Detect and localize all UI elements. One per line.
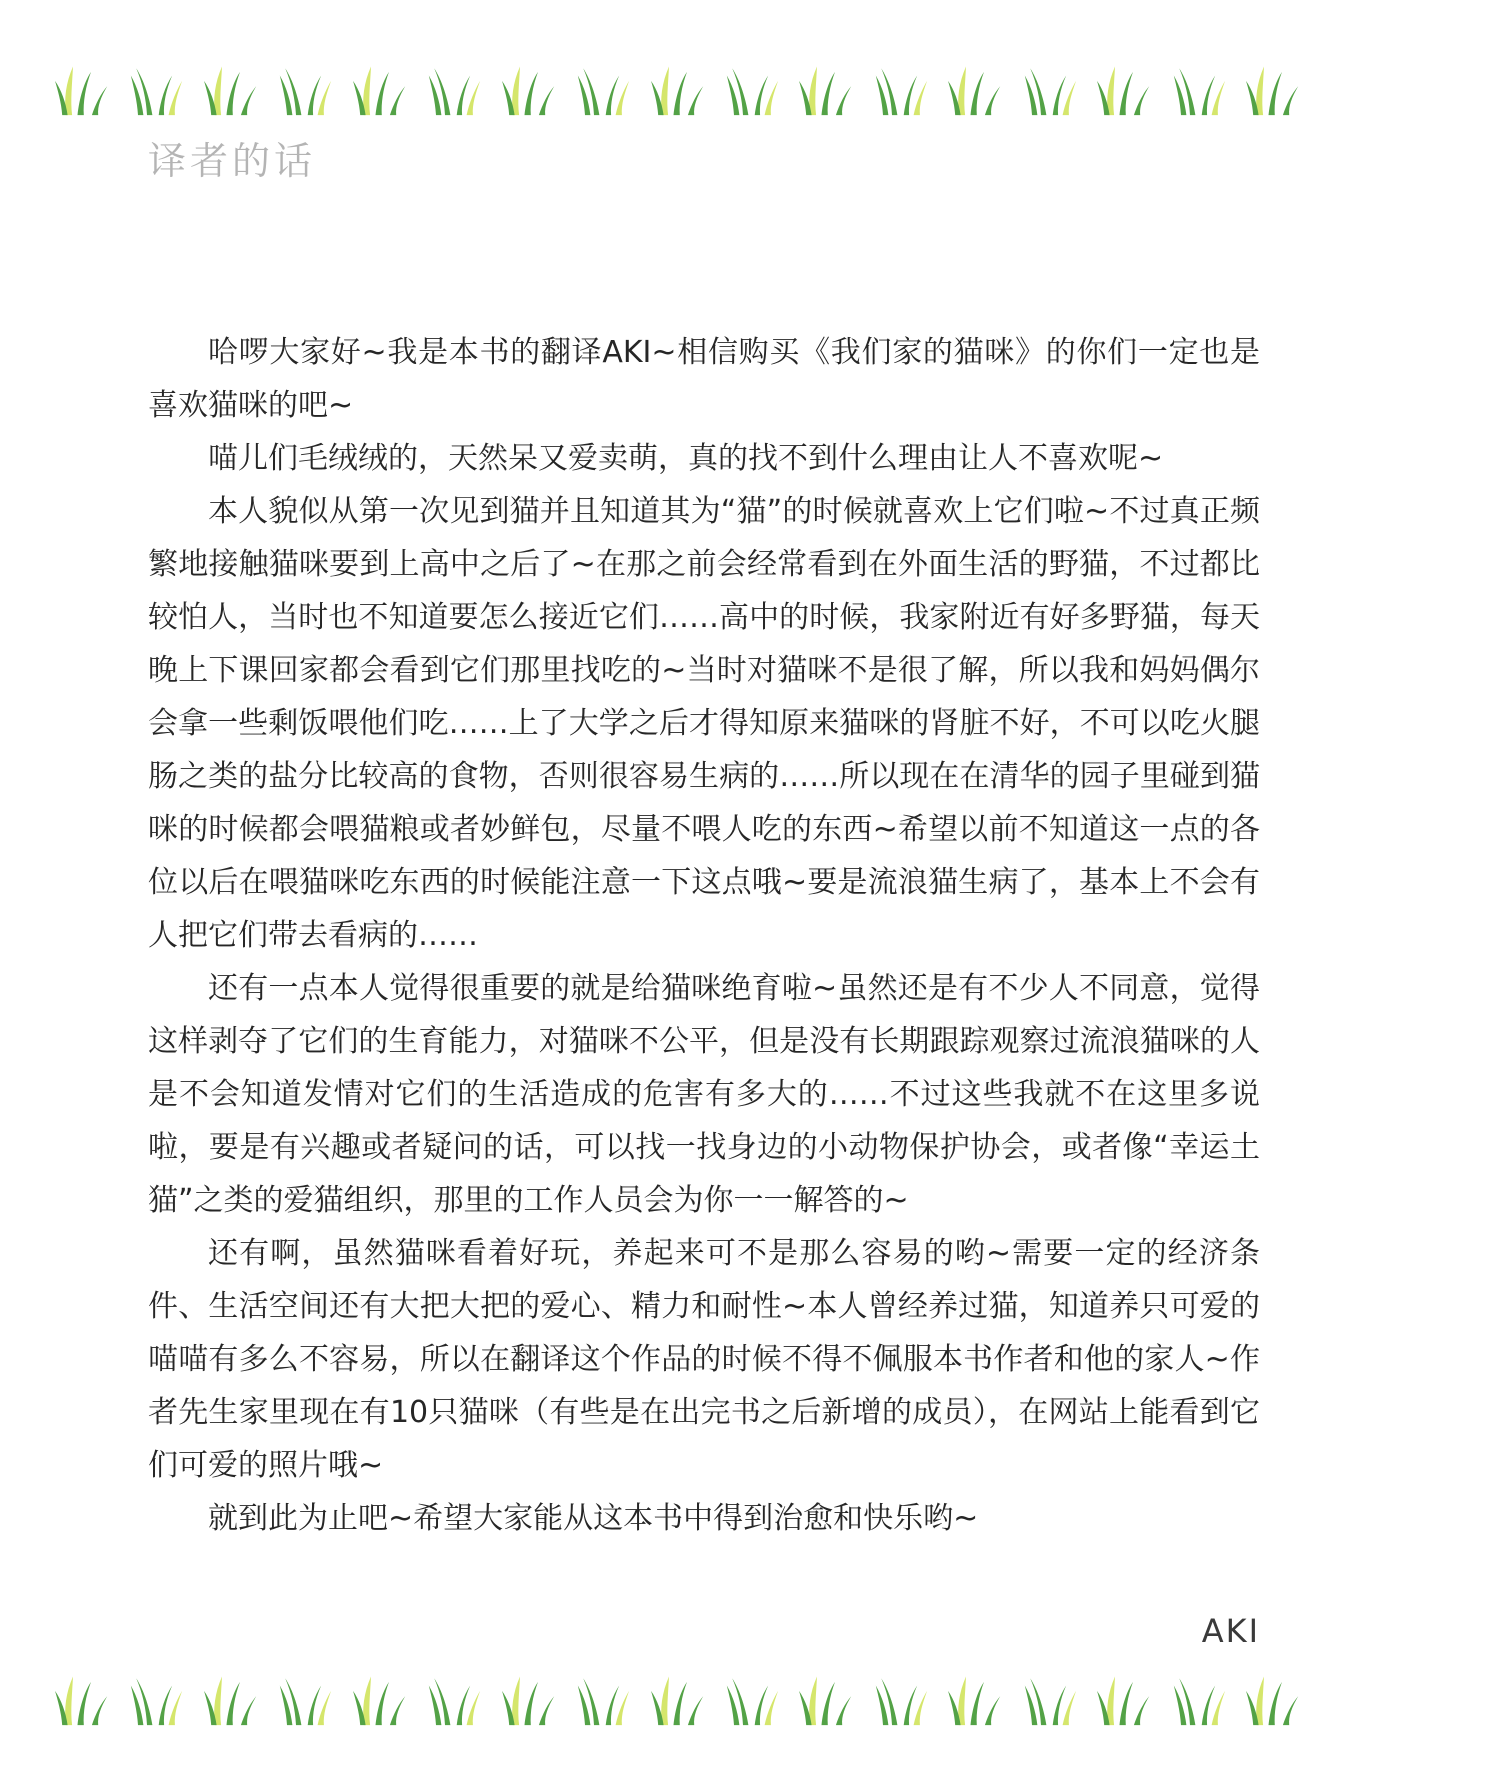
grass-icon (874, 1670, 928, 1728)
grass-icon (502, 60, 556, 118)
grass-icon (1097, 1670, 1151, 1728)
grass-icon (799, 1670, 853, 1728)
grass-icon (278, 60, 332, 118)
grass-icon (1097, 60, 1151, 118)
grass-icon (129, 1670, 183, 1728)
paragraph-cats-cute: 喵儿们毛绒绒的，天然呆又爱卖萌，真的找不到什么理由让人不喜欢呢~ (148, 432, 1260, 485)
grass-icon (353, 60, 407, 118)
grass-icon (651, 1670, 705, 1728)
grass-icon (799, 60, 853, 118)
grass-icon (651, 60, 705, 118)
grass-border-bottom (55, 1668, 1300, 1728)
grass-icon (948, 60, 1002, 118)
grass-icon (278, 1670, 332, 1728)
grass-icon (502, 1670, 556, 1728)
grass-icon (948, 1670, 1002, 1728)
translator-signature: AKI (148, 1612, 1260, 1650)
grass-icon (576, 60, 630, 118)
page-title: 译者的话 (148, 130, 316, 185)
grass-icon (204, 1670, 258, 1728)
grass-icon (725, 60, 779, 118)
paragraph-personal-history: 本人貌似从第一次见到猫并且知道其为“猫”的时候就喜欢上它们啦~不过真正频繁地接触… (148, 485, 1260, 962)
translator-note-body: 哈啰大家好~我是本书的翻译AKI~相信购买《我们家的猫咪》的你们一定也是喜欢猫咪… (148, 326, 1260, 1545)
paragraph-neutering: 还有一点本人觉得很重要的就是给猫咪绝育啦~虽然还是有不少人不同意，觉得这样剥夺了… (148, 962, 1260, 1227)
grass-icon (576, 1670, 630, 1728)
grass-icon (55, 1670, 109, 1728)
grass-icon (353, 1670, 407, 1728)
grass-icon (129, 60, 183, 118)
grass-icon (1246, 1670, 1300, 1728)
grass-icon (725, 1670, 779, 1728)
paragraph-raising-cats: 还有啊，虽然猫咪看着好玩，养起来可不是那么容易的哟~需要一定的经济条件、生活空间… (148, 1227, 1260, 1492)
grass-border-top (55, 58, 1300, 118)
book-page: 译者的话 哈啰大家好~我是本书的翻译AKI~相信购买《我们家的猫咪》的你们一定也… (0, 0, 1500, 1791)
grass-icon (1172, 1670, 1226, 1728)
grass-icon (427, 60, 481, 118)
grass-icon (1172, 60, 1226, 118)
grass-icon (204, 60, 258, 118)
grass-icon (427, 1670, 481, 1728)
paragraph-greeting: 哈啰大家好~我是本书的翻译AKI~相信购买《我们家的猫咪》的你们一定也是喜欢猫咪… (148, 326, 1260, 432)
grass-icon (1023, 1670, 1077, 1728)
grass-icon (1246, 60, 1300, 118)
grass-icon (55, 60, 109, 118)
grass-icon (1023, 60, 1077, 118)
grass-icon (874, 60, 928, 118)
paragraph-closing: 就到此为止吧~希望大家能从这本书中得到治愈和快乐哟~ (148, 1492, 1260, 1545)
